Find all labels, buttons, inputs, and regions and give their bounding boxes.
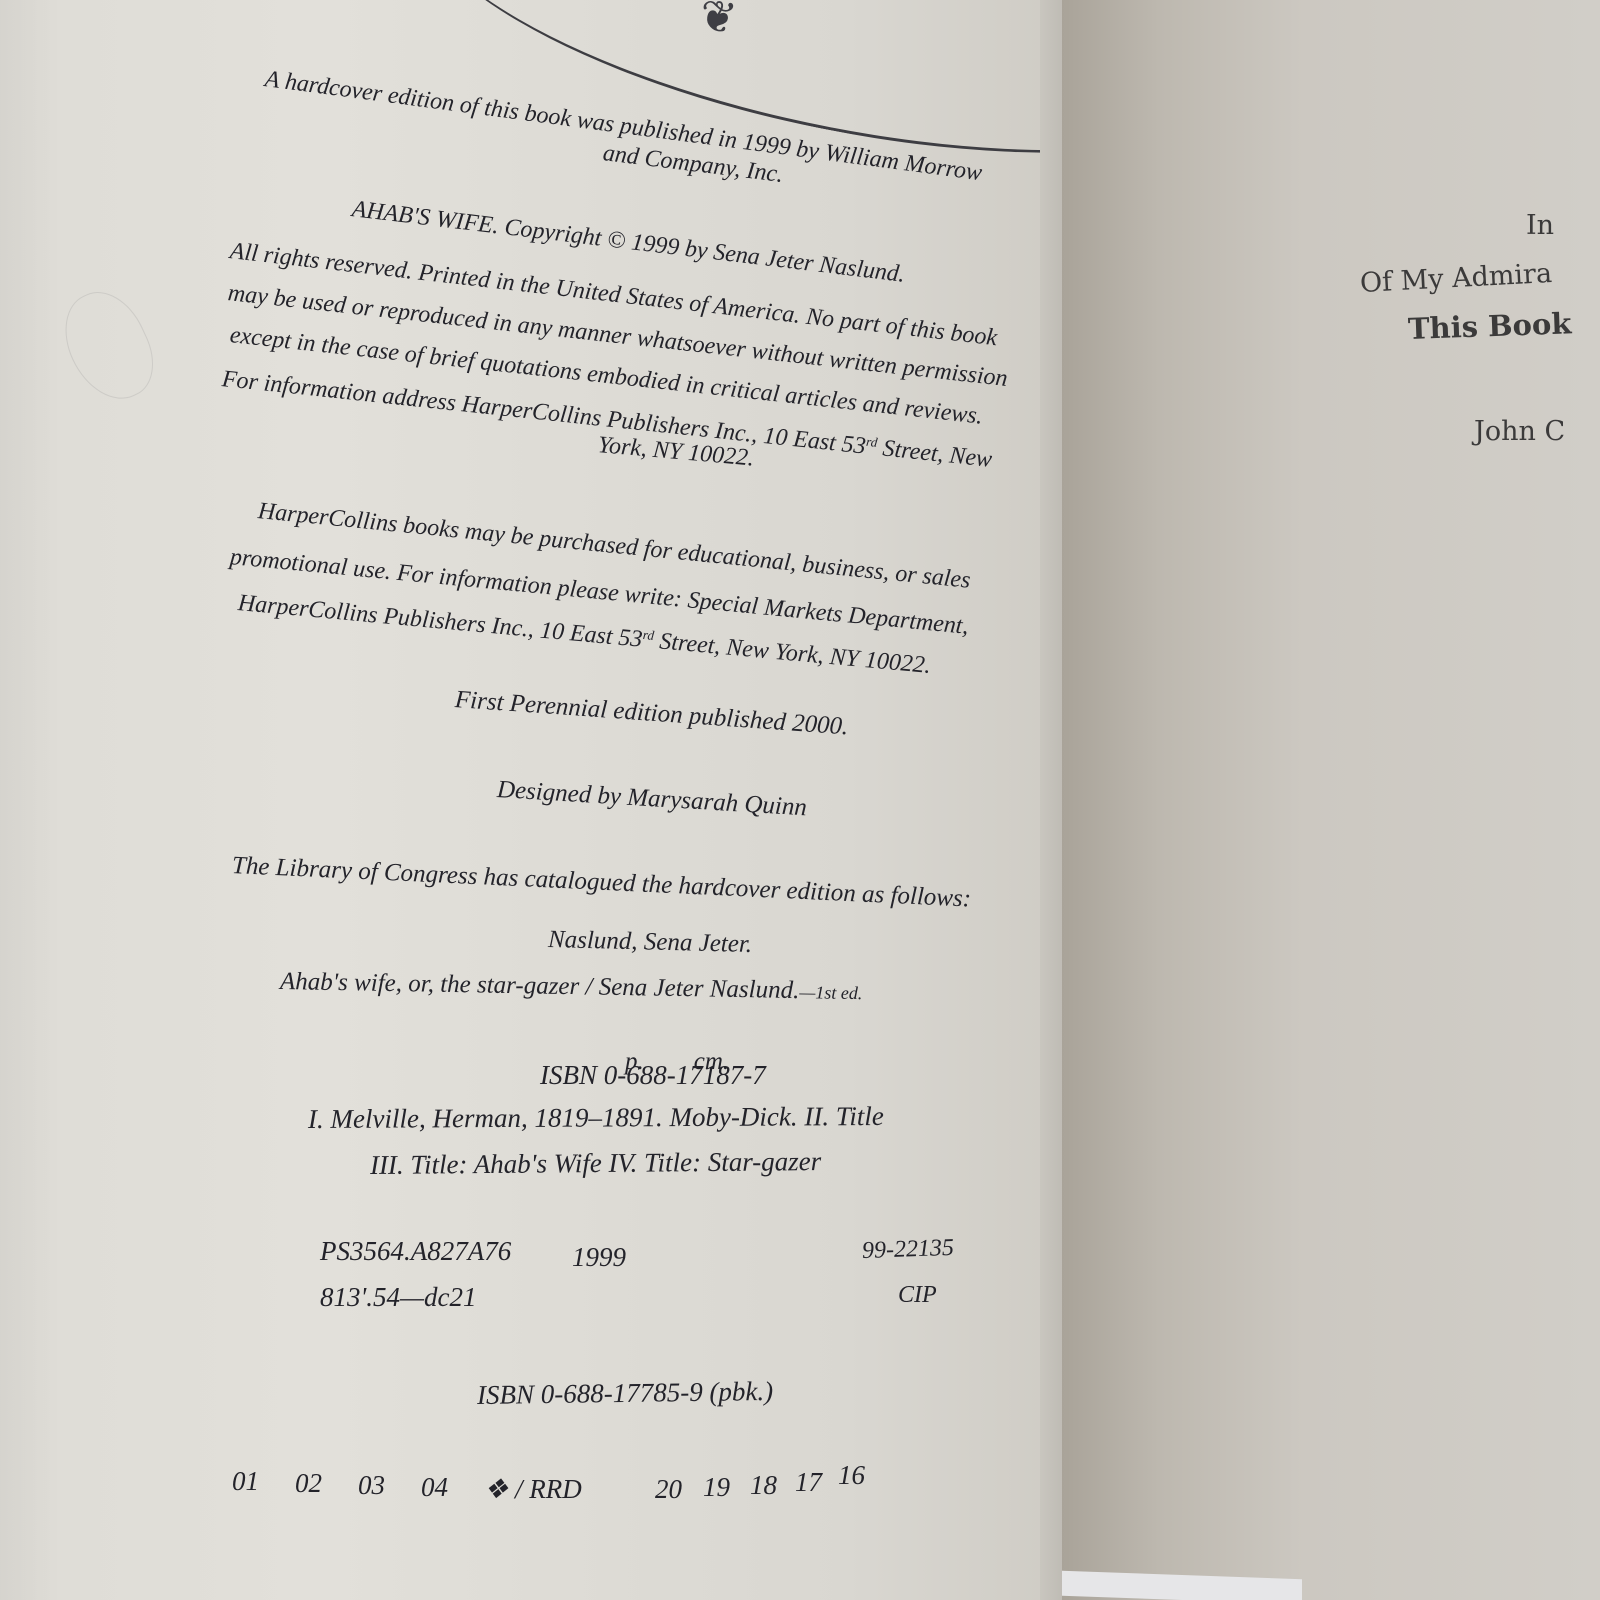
printing-number-20: 20 [655,1474,682,1505]
printing-year-04: 04 [421,1472,448,1503]
printing-year-03: 03 [358,1470,385,1501]
cip-label: CIP [898,1282,937,1309]
edition-statement: First Perennial edition published 2000. [454,686,849,741]
printing-number-19: 19 [703,1472,730,1503]
dedication-line-3: This Book [1407,306,1571,346]
lc-classification: PS3564.A827A76 [320,1236,511,1267]
printing-number-18: 18 [750,1470,777,1501]
faint-pencil-mark [50,279,167,413]
printing-year-02: 02 [295,1468,322,1499]
lccn: 99-22135 [862,1235,955,1265]
right-page-dedication: In Of My Admira This Book John C [1062,0,1600,1600]
dedication-line-4: John C [1474,416,1565,447]
printing-number-17: 17 [795,1467,822,1498]
diamond-ornament-icon: ❖ / RRD [484,1474,582,1504]
cip-intro: The Library of Congress has catalogued t… [231,852,971,914]
printing-year-01: 01 [232,1466,259,1497]
cip-subjects-line-2: III. Title: Ahab's Wife IV. Title: Star-… [370,1146,821,1181]
left-page-copyright: ❦ A hardcover edition of this book was p… [0,0,1060,1600]
printer-mark: ❖ / RRD [484,1474,582,1505]
page-shadow [0,0,60,1600]
book-title: AHAB'S WIFE. [351,196,501,239]
cip-title: Ahab's wife, or, the star-gazer / Sena J… [280,968,863,1006]
dedication-line-2: Of My Admira [1359,258,1553,299]
cip-isbn-hardcover: ISBN 0-688-17187-7 [540,1060,766,1091]
lc-year: 1999 [572,1242,626,1273]
designer-credit: Designed by Marysarah Quinn [496,776,808,822]
cip-author: Naslund, Sena Jeter. [548,926,753,959]
page-edge [1040,0,1063,1600]
printing-number-16: 16 [838,1460,865,1491]
dedication-line-1: In [1526,210,1554,241]
dewey-number: 813'.54—dc21 [320,1282,477,1313]
isbn-paperback: ISBN 0-688-17785-9 (pbk.) [477,1376,774,1411]
cip-subjects-line-1: I. Melville, Herman, 1819–1891. Moby-Dic… [308,1101,884,1135]
